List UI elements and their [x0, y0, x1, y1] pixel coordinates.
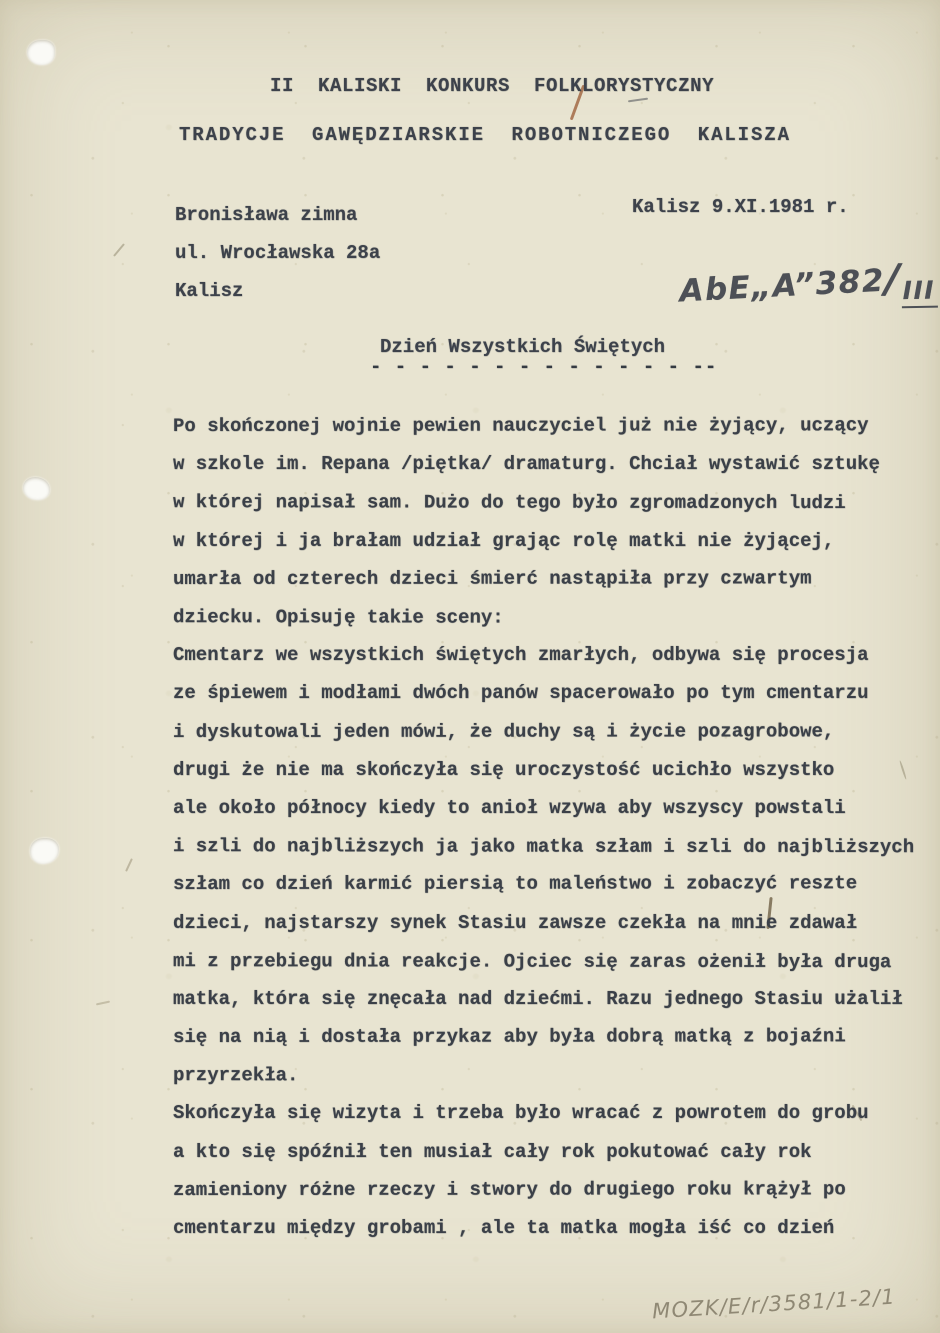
punch-hole	[30, 838, 59, 864]
body-line: Skończyła się wizyta i trzeba było wraca…	[173, 1094, 914, 1132]
paper-fiber	[96, 1001, 110, 1006]
sender-name: Bronisława zimna	[175, 196, 357, 234]
body-line: w szkole im. Repana /piętka/ dramaturg. …	[173, 445, 914, 483]
body-line: w której i ja brałam udział grając rolę …	[173, 522, 914, 560]
handwritten-archive-ref-top: AbE„A”382/III	[627, 216, 940, 350]
body-line: przyrzekła.	[173, 1056, 914, 1095]
body-line: się na nią i dostała przykaz aby była do…	[173, 1017, 914, 1056]
document-header-line2: TRADYCJE GAWĘDZIARSKIE ROBOTNICZEGO KALI…	[179, 124, 791, 146]
punch-hole	[27, 40, 55, 65]
body-line: umarła od czterech dzieci śmierć nastąpi…	[173, 559, 914, 598]
scanned-document-page: II KALISKI KONKURS FOLKLORYSTYCZNY TRADY…	[0, 0, 940, 1333]
body-line: a kto się spóźnił ten musiał cały rok po…	[173, 1133, 914, 1171]
ref-prefix: AbE„A”382	[679, 263, 886, 310]
body-line: ze śpiewem i modłami dwóch panów spacero…	[173, 674, 914, 712]
body-line: matka, która się znęcała nad dziećmi. Ra…	[173, 980, 914, 1018]
body-line: dziecku. Opisuję takie sceny:	[173, 598, 914, 637]
punch-hole	[23, 477, 50, 500]
body-line: zamieniony różne rzeczy i stwory do drug…	[173, 1170, 914, 1209]
stray-ink-mark	[628, 98, 648, 103]
pencil-archive-ref-bottom: MOZK/E/r/3581/1-2/1	[651, 1285, 896, 1324]
sender-street: ul. Wrocławska 28a	[175, 234, 380, 272]
ref-slash: /	[884, 256, 901, 302]
body-line: drugi że nie ma skończyła się uroczystoś…	[173, 751, 914, 789]
body-line: Po skończonej wojnie pewien nauczyciel j…	[173, 406, 914, 445]
dateline: Kalisz 9.XI.1981 r.	[632, 196, 849, 218]
story-title: Dzień Wszystkich Świętych	[380, 336, 665, 358]
body-line: cmentarzu między grobami , ale ta matka …	[173, 1209, 914, 1247]
body-line: i dyskutowali jeden mówi, że duchy są i …	[173, 712, 914, 751]
ref-roman-numeral: III	[901, 276, 938, 309]
sender-city: Kalisz	[175, 272, 243, 310]
document-header-line1: II KALISKI KONKURS FOLKLORYSTYCZNY	[270, 75, 714, 97]
body-line: szłam co dzień karmić piersią to maleńst…	[173, 864, 914, 903]
body-line: mi z przebiegu dnia reakcje. Ojciec się …	[173, 942, 914, 981]
title-underline-dashes: - - - - - - - - - - - - - --	[370, 356, 717, 378]
body-text: Po skończonej wojnie pewien nauczyciel j…	[173, 407, 914, 1247]
paper-fiber	[125, 858, 133, 872]
body-line: Cmentarz we wszystkich świętych zmarłych…	[173, 636, 914, 674]
paper-fiber	[113, 243, 125, 257]
body-line: ale około północy kiedy to anioł wzywa a…	[173, 789, 914, 827]
body-line: i szli do najbliższych ja jako matka szł…	[173, 827, 914, 866]
body-line: w której napisał sam. Dużo do tego było …	[173, 483, 914, 522]
body-line: dzieci, najstarszy synek Stasiu zawsze c…	[173, 903, 914, 941]
